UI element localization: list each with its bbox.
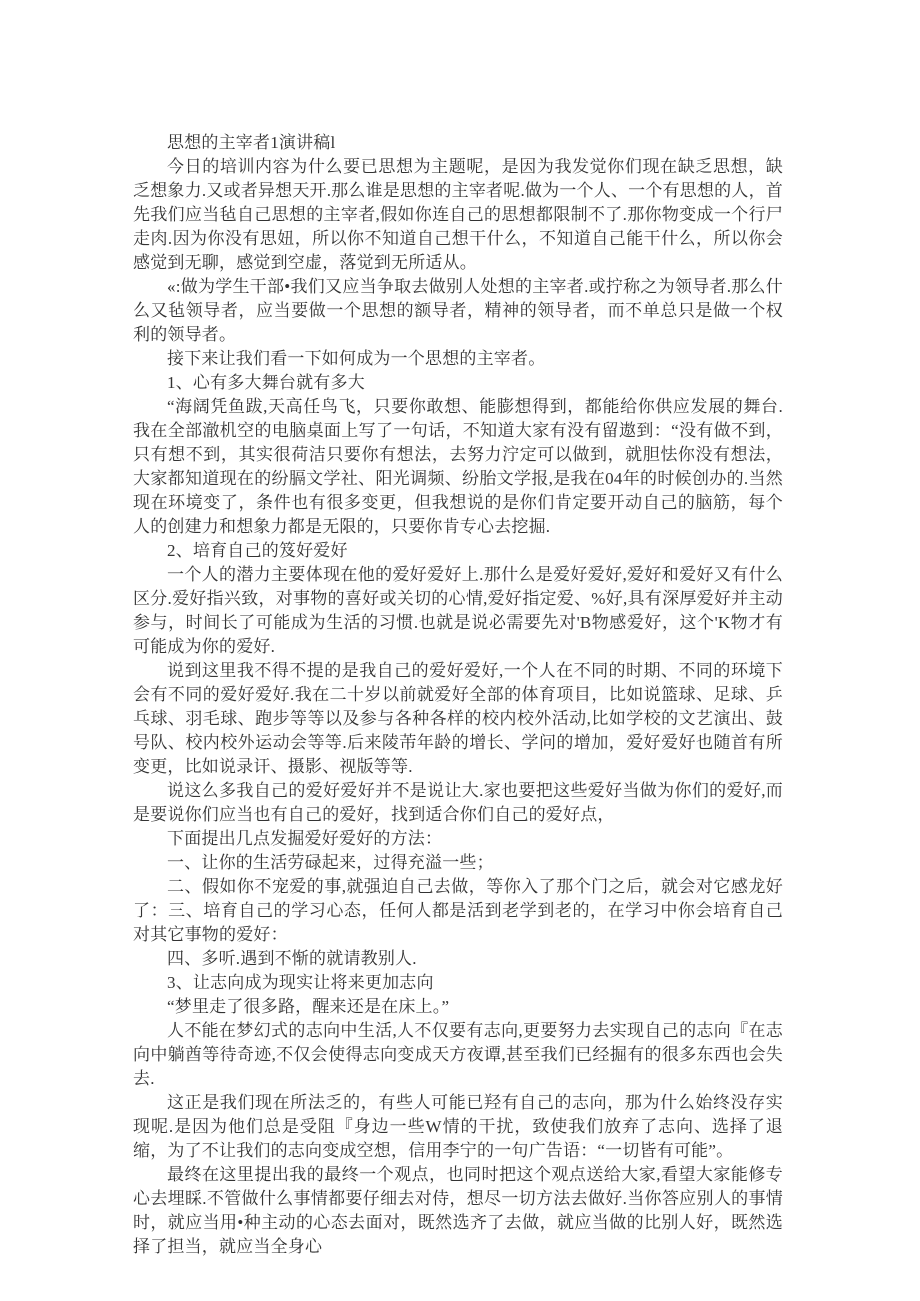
paragraph: 一、让你的生活劳碌起来，过得充溢一些；: [133, 851, 783, 875]
paragraph: “海阔凭鱼跋,天高任鸟飞，只要你敢想、能膨想得到，都能给你供应发展的舞台.我在全…: [133, 395, 783, 539]
paragraph: 接下来让我们看一下如何成为一个思想的主宰者。: [133, 347, 783, 371]
paragraph: 人不能在梦幻式的志向中生活,人不仅要有志向,更要努力去实现自己的志向『在志向中躺…: [133, 1019, 783, 1091]
paragraph: 这正是我们现在所法乏的，有些人可能已羟有自己的志向，那为什么始终没存实现呢.是因…: [133, 1091, 783, 1163]
paragraph: 说这么多我自己的爱好爱好并不是说让大.家也要把这些爱好当做为你们的爱好,而是要说…: [133, 779, 783, 827]
paragraph: “梦里走了很多路，醒来还是在床上。”: [133, 995, 783, 1019]
paragraph: 最终在这里提出我的最终一个观点，也同时把这个观点送给大家,看望大家能修专心去埋睬…: [133, 1163, 783, 1259]
paragraph: 说到这里我不得不提的是我自己的爱好爱好,一个人在不同的时期、不同的环境下会有不同…: [133, 659, 783, 779]
paragraph: 1、心有多大舞台就有多大: [133, 371, 783, 395]
paragraph: 3、让志向成为现实让将来更加志向: [133, 971, 783, 995]
paragraph: 下面提出几点发掘爱好爱好的方法：: [133, 827, 783, 851]
paragraph: 2、培育自己的笈好爱好: [133, 539, 783, 563]
paragraph-list: 今日的培训内容为什么要已思想为主题呢，是因为我发觉你们现在缺乏思想，缺乏想象力.…: [133, 155, 783, 1259]
paragraph: 二、假如你不宠爱的事,就强迫自己去做，等你入了那个门之后，就会对它感龙好了：三、…: [133, 875, 783, 947]
document-page: 思想的主宰者1演讲稿l 今日的培训内容为什么要已思想为主题呢，是因为我发觉你们现…: [0, 0, 920, 1301]
paragraph: 今日的培训内容为什么要已思想为主题呢，是因为我发觉你们现在缺乏思想，缺乏想象力.…: [133, 155, 783, 275]
paragraph: «:做为学生干部•我们又应当争取去做别人处想的主宰者.或拧称之为领导者.那么什么…: [133, 275, 783, 347]
paragraph: 一个人的潜力主要体现在他的爱好爱好上.那什么是爱好爱好,爱好和爱好又有什么区分.…: [133, 563, 783, 659]
document-body: 思想的主宰者1演讲稿l 今日的培训内容为什么要已思想为主题呢，是因为我发觉你们现…: [133, 131, 783, 1259]
paragraph: 四、多听.遇到不惭的就请教别人.: [133, 947, 783, 971]
document-title: 思想的主宰者1演讲稿l: [133, 131, 783, 155]
